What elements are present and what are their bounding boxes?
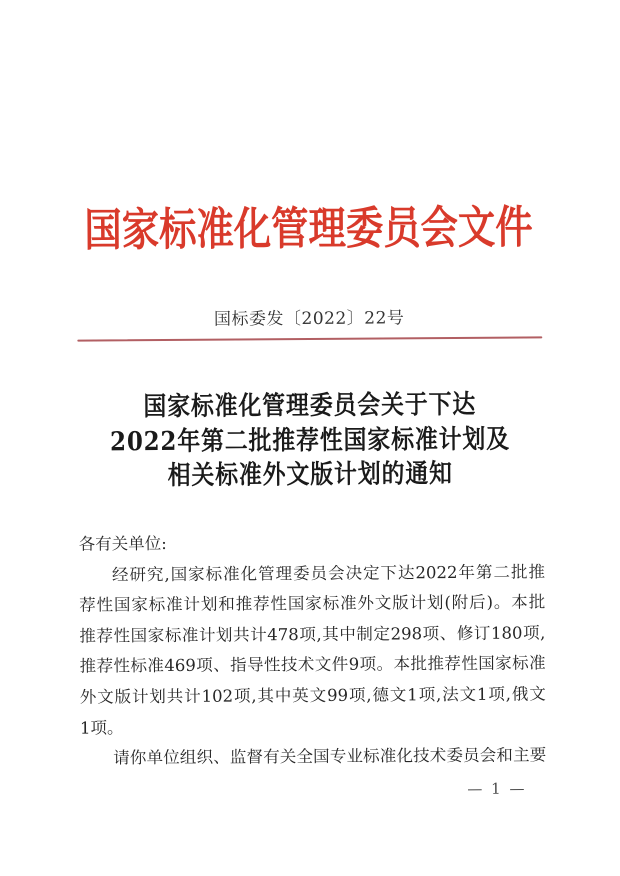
page-number: — 1 — <box>467 778 526 798</box>
document-body: 各有关单位: 经研究,国家标准化管理委员会决定下达2022年第二批推 荐性国家标… <box>79 526 547 774</box>
title-line-3: 相关标准外文版计划的通知 <box>37 456 583 494</box>
body-line: 推荐性标准469项、指导性技术文件9项。本批推荐性国家标准 <box>79 649 545 683</box>
body-line: 经研究,国家标准化管理委员会决定下达2022年第二批推 <box>79 557 545 591</box>
body-line: 推荐性国家标准计划共计478项,其中制定298项、修订180项, <box>79 618 545 652</box>
scanned-document-page: 国家标准化管理委员会文件 国标委发〔2022〕22号 国家标准化管理委员会关于下… <box>0 0 620 876</box>
red-header-title: 国家标准化管理委员会文件 <box>51 201 566 257</box>
document-title: 国家标准化管理委员会关于下达 2022年第二批推荐性国家标准计划及 相关标准外文… <box>37 387 583 494</box>
title-line-2: 2022年第二批推荐性国家标准计划及 <box>37 422 583 460</box>
body-line: 1项。 <box>80 710 546 744</box>
salutation: 各有关单位: <box>79 526 545 560</box>
body-line: 请你单位组织、监督有关全国专业标准化技术委员会和主要 <box>80 741 546 775</box>
red-divider-line <box>77 336 542 341</box>
title-line-1: 国家标准化管理委员会关于下达 <box>37 387 583 425</box>
document-content: 国家标准化管理委员会文件 国标委发〔2022〕22号 国家标准化管理委员会关于下… <box>0 0 620 876</box>
document-number: 国标委发〔2022〕22号 <box>0 306 619 332</box>
body-line: 荐性国家标准计划和推荐性国家标准外文版计划(附后)。本批 <box>79 588 545 622</box>
body-line: 外文版计划共计102项,其中英文99项,德文1项,法文1项,俄文 <box>80 679 546 713</box>
